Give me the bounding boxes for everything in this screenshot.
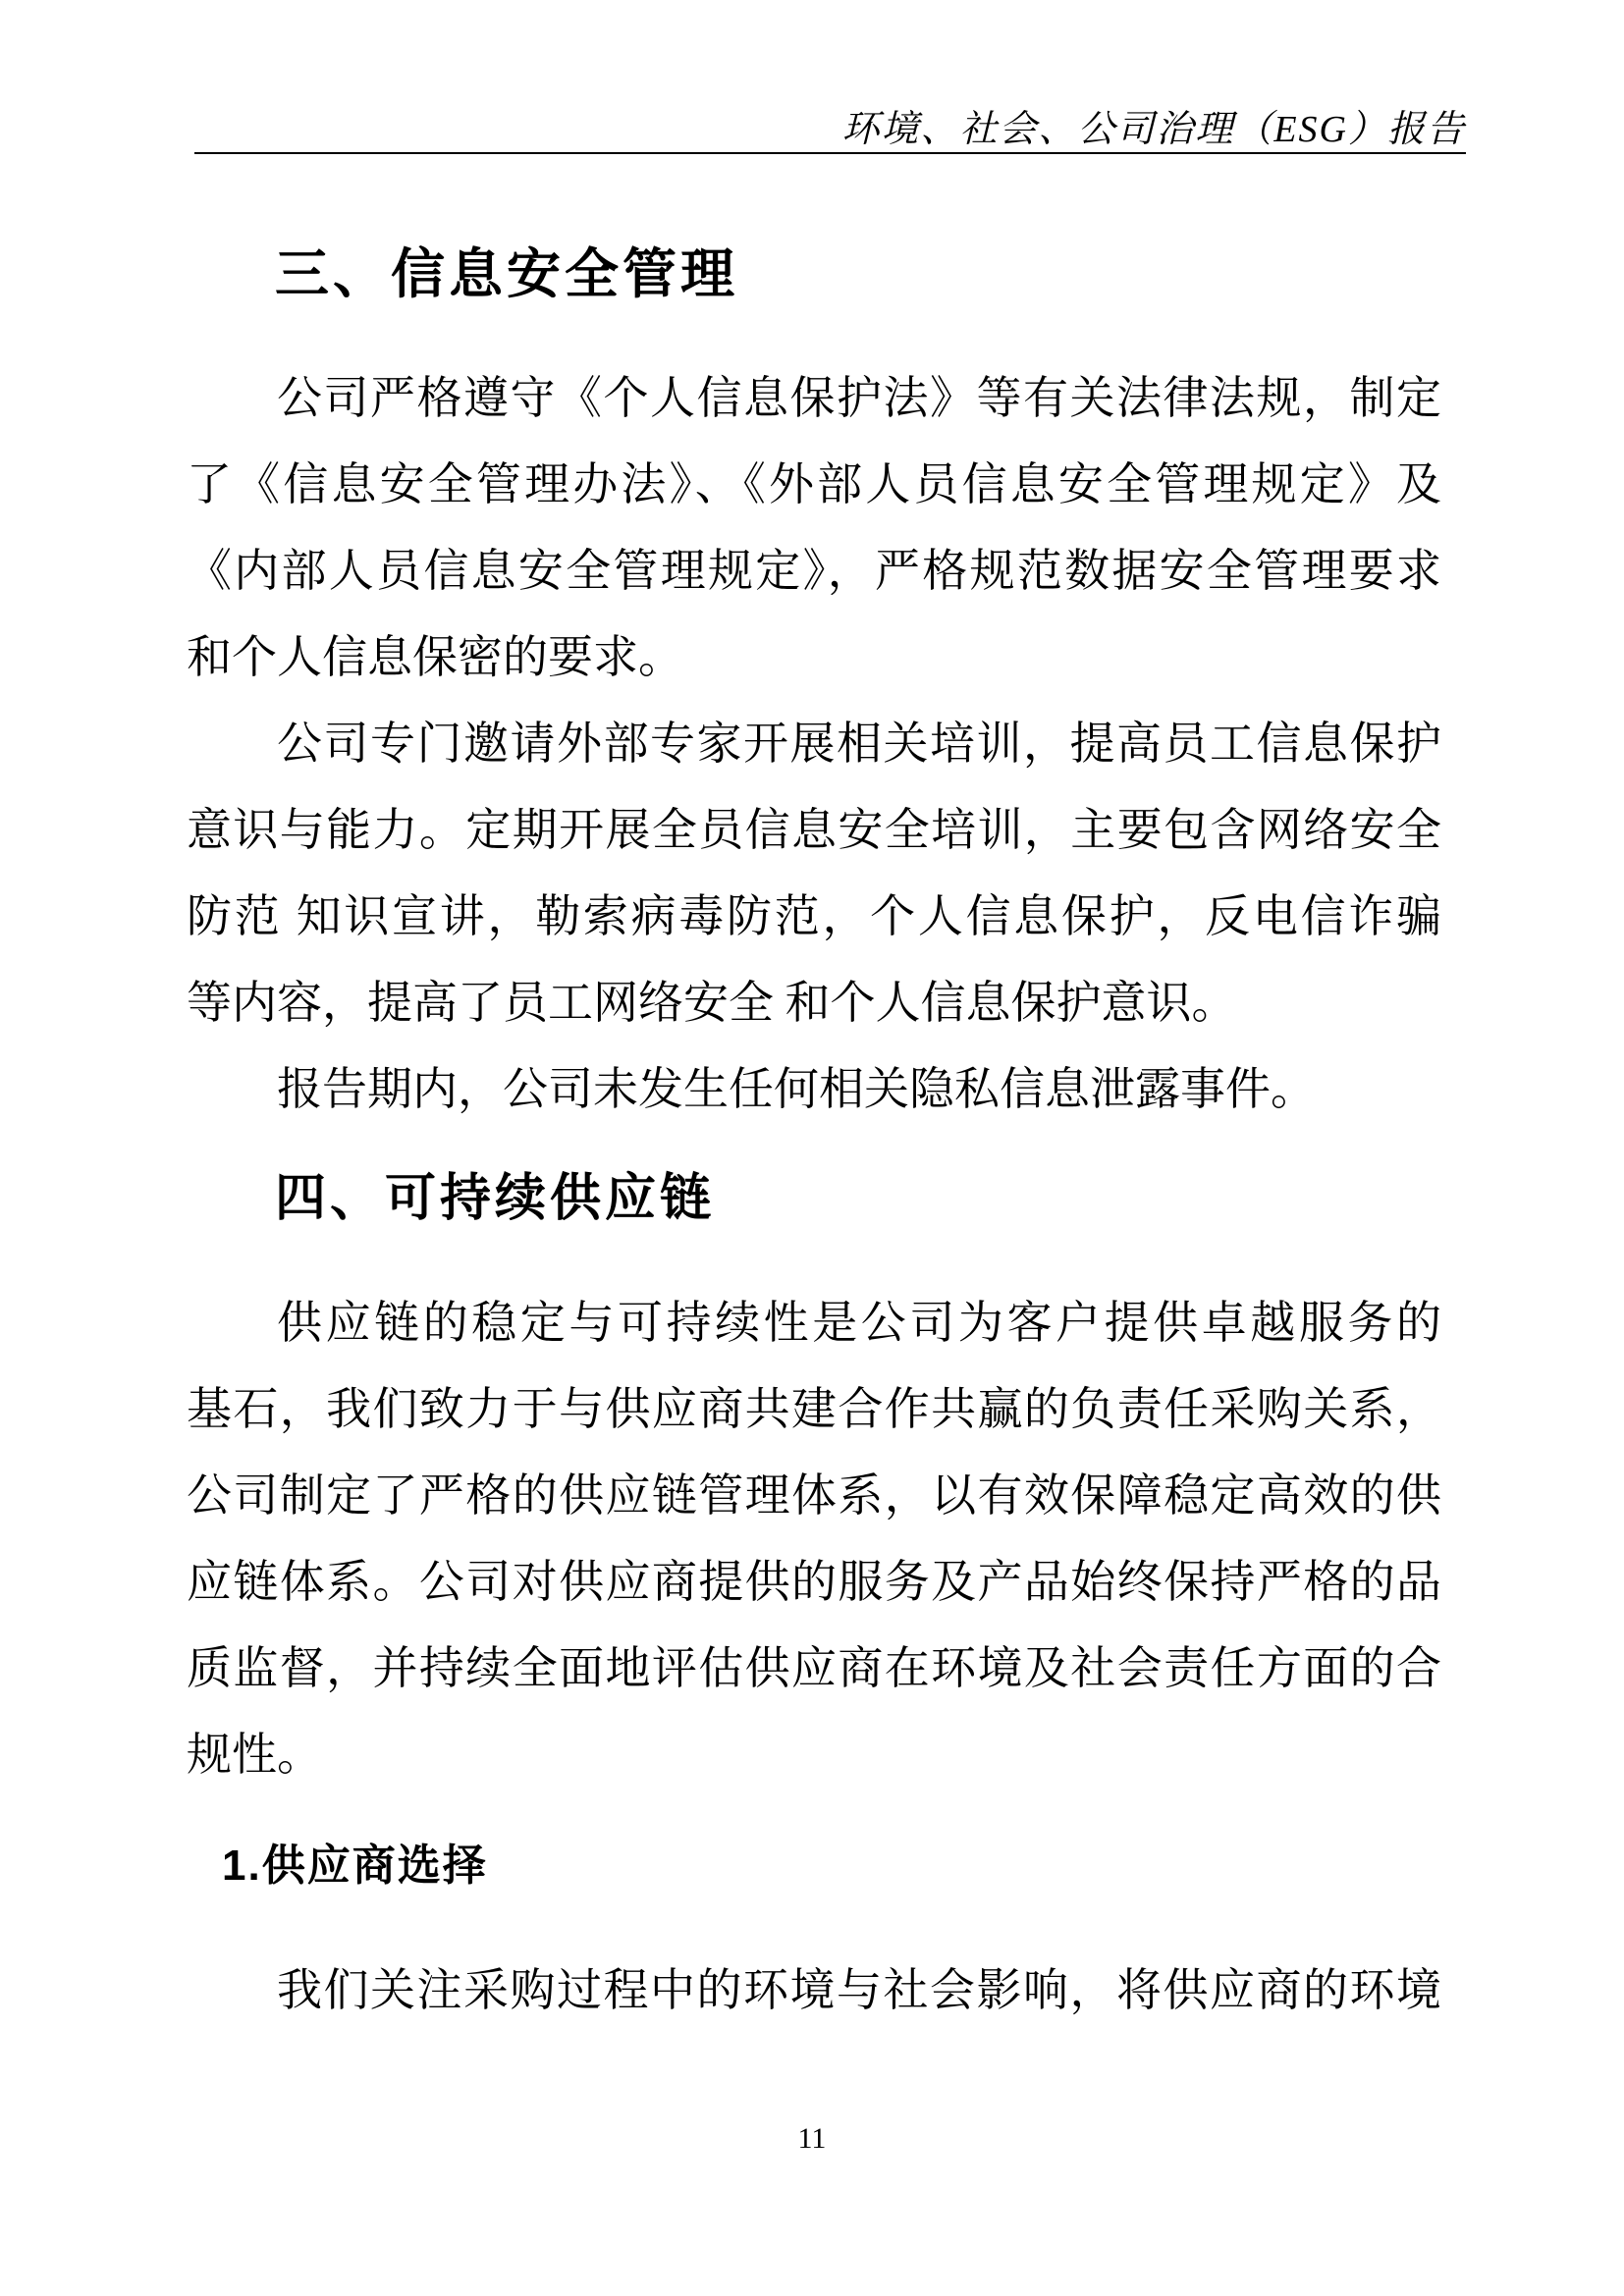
paragraph: 我们关注采购过程中的环境与社会影响，将供应商的环境 [187, 1948, 1441, 2034]
section-heading-info-security: 三、信息安全管理 [275, 245, 1441, 302]
page-header: 环境、社会、公司治理（ESG）报告 [194, 0, 1466, 154]
page-number: 11 [798, 2122, 827, 2155]
paragraph-line: 应链体系。公司对供应商提供的服务及产品始终保持严格的品 [187, 1539, 1441, 1626]
paragraph-line: 我们关注采购过程中的环境与社会影响，将供应商的环境 [187, 1948, 1441, 2034]
paragraph-line: 意识与能力。定期开展全员信息安全培训，主要包含网络安全 [187, 787, 1441, 874]
paragraph-line: 公司专门邀请外部专家开展相关培训，提高员工信息保护 [187, 701, 1441, 787]
paragraph: 供应链的稳定与可持续性是公司为客户提供卓越服务的 基石，我们致力于与供应商共建合… [187, 1280, 1441, 1798]
paragraph-line: 报告期内，公司未发生任何相关隐私信息泄露事件。 [187, 1046, 1441, 1133]
paragraph: 公司严格遵守《个人信息保护法》等有关法律法规，制定 了《信息安全管理办法》、《外… [187, 355, 1441, 701]
paragraph: 报告期内，公司未发生任何相关隐私信息泄露事件。 [187, 1046, 1441, 1133]
paragraph-line: 规性。 [187, 1712, 1441, 1798]
header-title: 环境、社会、公司治理（ESG）报告 [841, 107, 1466, 152]
paragraph: 公司专门邀请外部专家开展相关培训，提高员工信息保护 意识与能力。定期开展全员信息… [187, 701, 1441, 1046]
paragraph-line: 公司严格遵守《个人信息保护法》等有关法律法规，制定 [187, 355, 1441, 442]
paragraph-line: 等内容，提高了员工网络安全 和个人信息保护意识。 [187, 960, 1441, 1046]
page-footer: 11 [0, 2122, 1624, 2156]
paragraph-line: 《内部人员信息安全管理规定》，严格规范数据安全管理要求 [187, 528, 1441, 614]
paragraph-line: 了《信息安全管理办法》、《外部人员信息安全管理规定》及 [187, 442, 1441, 528]
subsection-heading-supplier-selection: 1.供应商选择 [222, 1842, 1441, 1891]
section-heading-supply-chain: 四、可持续供应链 [275, 1171, 1441, 1226]
paragraph-line: 质监督，并持续全面地评估供应商在环境及社会责任方面的合 [187, 1626, 1441, 1712]
paragraph-line: 基石，我们致力于与供应商共建合作共赢的负责任采购关系， [187, 1366, 1441, 1453]
paragraph-line: 供应链的稳定与可持续性是公司为客户提供卓越服务的 [187, 1280, 1441, 1366]
paragraph-line: 公司制定了严格的供应链管理体系，以有效保障稳定高效的供 [187, 1453, 1441, 1539]
document-page: 环境、社会、公司治理（ESG）报告 三、信息安全管理 公司严格遵守《个人信息保护… [0, 0, 1624, 2296]
paragraph-line: 和个人信息保密的要求。 [187, 614, 1441, 701]
document-body: 三、信息安全管理 公司严格遵守《个人信息保护法》等有关法律法规，制定 了《信息安… [187, 245, 1441, 2034]
paragraph-line: 防范 知识宣讲，勒索病毒防范，个人信息保护，反电信诈骗 [187, 874, 1441, 960]
